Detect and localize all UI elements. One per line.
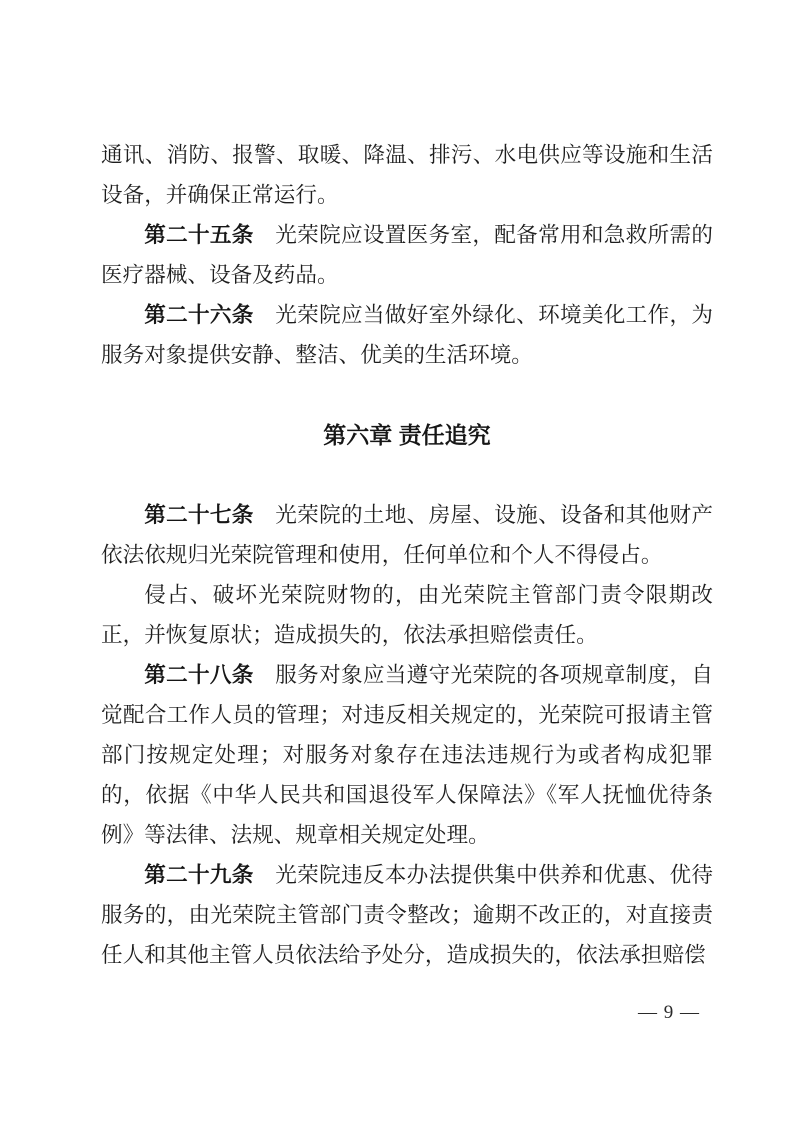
body-text: 通讯、消防、报警、取暖、降温、排污、水电供应等设施和生活设备，并确保正常运行。 bbox=[101, 143, 713, 207]
paragraph-continuation: 通讯、消防、报警、取暖、降温、排污、水电供应等设施和生活设备，并确保正常运行。 bbox=[101, 135, 713, 215]
body-text: 服务对象应当遵守光荣院的各项规章制度，自觉配合工作人员的管理；对违反相关规定的，… bbox=[101, 663, 713, 847]
article-27-term: 第二十七条 bbox=[144, 502, 254, 527]
paragraph-article-28: 第二十八条服务对象应当遵守光荣院的各项规章制度，自觉配合工作人员的管理；对违反相… bbox=[101, 655, 713, 855]
paragraph-article-26: 第二十六条光荣院应当做好室外绿化、环境美化工作，为服务对象提供安静、整洁、优美的… bbox=[101, 295, 713, 375]
body-text: 侵占、破坏光荣院财物的，由光荣院主管部门责令限期改正，并恢复原状；造成损失的，依… bbox=[101, 583, 713, 647]
article-25-term: 第二十五条 bbox=[144, 222, 254, 247]
article-29-term: 第二十九条 bbox=[144, 862, 254, 887]
chapter-heading: 第六章 责任追究 bbox=[101, 415, 713, 455]
paragraph-article-27: 第二十七条光荣院的土地、房屋、设施、设备和其他财产依法依规归光荣院管理和使用，任… bbox=[101, 495, 713, 575]
paragraph-article-27-clause-2: 侵占、破坏光荣院财物的，由光荣院主管部门责令限期改正，并恢复原状；造成损失的，依… bbox=[101, 575, 713, 655]
paragraph-article-29: 第二十九条光荣院违反本办法提供集中供养和优惠、优待服务的，由光荣院主管部门责令整… bbox=[101, 855, 713, 975]
page-number: — 9 — bbox=[638, 1000, 700, 1026]
document-page: 通讯、消防、报警、取暖、降温、排污、水电供应等设施和生活设备，并确保正常运行。 … bbox=[0, 0, 793, 1122]
article-28-term: 第二十八条 bbox=[144, 662, 254, 687]
article-26-term: 第二十六条 bbox=[144, 302, 254, 327]
paragraph-article-25: 第二十五条光荣院应设置医务室，配备常用和急救所需的医疗器械、设备及药品。 bbox=[101, 215, 713, 295]
document-content: 通讯、消防、报警、取暖、降温、排污、水电供应等设施和生活设备，并确保正常运行。 … bbox=[101, 135, 713, 975]
